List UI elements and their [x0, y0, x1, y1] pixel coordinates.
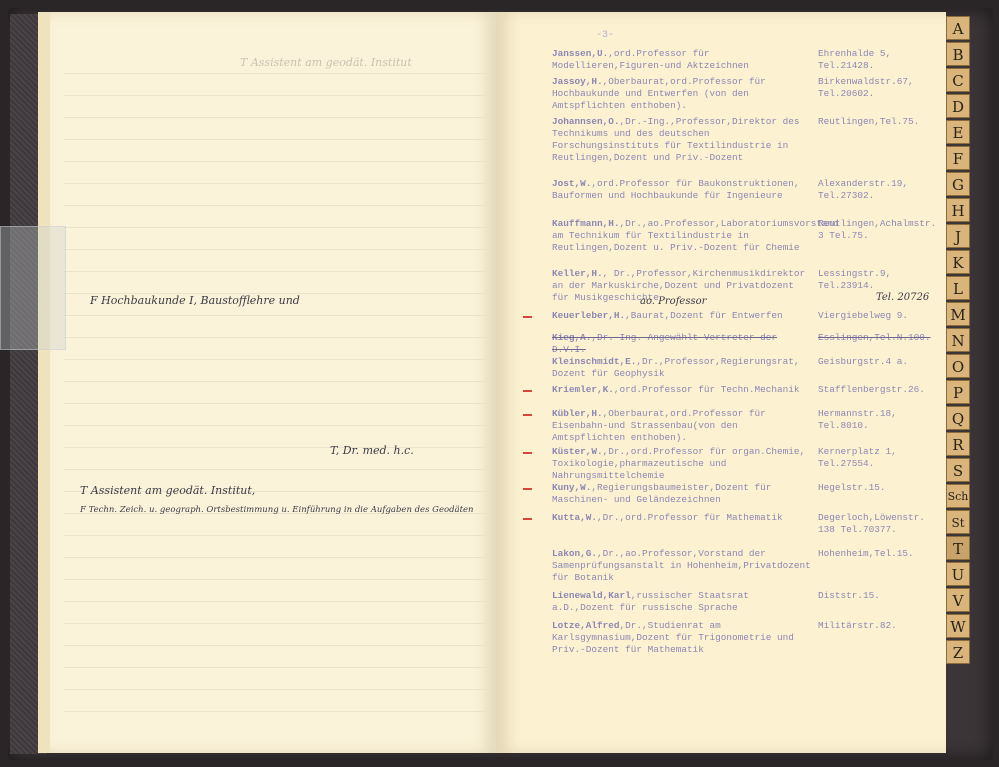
index-tab-m[interactable]: M [946, 302, 970, 326]
index-tab-r[interactable]: R [946, 432, 970, 456]
red-dash-mark [523, 518, 532, 520]
address-lakon: Hohenheim,Tel.15. [818, 548, 943, 560]
entry-kleinschmidt: Kleinschmidt,E.,Dr.,Professor,Regierungs… [552, 356, 812, 380]
alphabet-index-tabs: A B C D E F G H J K L M N O P Q R S Sch … [946, 16, 972, 666]
handwritten-phone-annotation: Tel. 20726 [876, 292, 929, 303]
address-kriemler: Stafflenbergstr.26. [818, 384, 943, 396]
red-dash-mark [523, 488, 532, 490]
entry-lakon: Lakon,G.,Dr.,ao.Professor,Vorstand der S… [552, 548, 812, 584]
index-tab-v[interactable]: V [946, 588, 970, 612]
index-tab-z[interactable]: Z [946, 640, 970, 664]
index-tab-s[interactable]: S [946, 458, 970, 482]
entry-kuebler: Kübler,H.,Oberbaurat,ord.Professor für E… [552, 408, 812, 444]
index-tab-t[interactable]: T [946, 536, 970, 560]
index-tab-c[interactable]: C [946, 68, 970, 92]
page-number: -3- [596, 30, 614, 41]
address-kieg-struck: Esslingen,Tel.N.100. [818, 332, 943, 344]
red-dash-mark [523, 452, 532, 454]
left-page: T Assistent am geodät. Institut F Hochba… [38, 12, 496, 753]
red-dash-mark [523, 414, 532, 416]
entry-lotze: Lotze,Alfred,Dr.,Studienrat am Karlsgymn… [552, 620, 812, 656]
transparent-page-clip [0, 226, 66, 350]
index-tab-k[interactable]: K [946, 250, 970, 274]
address-kuebler: Hermannstr.18, Tel.8010. [818, 408, 943, 432]
index-tab-o[interactable]: O [946, 354, 970, 378]
entry-jost: Jost,W.,ord.Professor für Baukonstruktio… [552, 178, 812, 202]
index-tab-e[interactable]: E [946, 120, 970, 144]
entry-jassoy: Jassoy,H.,Oberbaurat,ord.Professor für H… [552, 76, 812, 112]
entry-janssen: Janssen,U.,ord.Professor für Modellieren… [552, 48, 812, 72]
index-tab-f[interactable]: F [946, 146, 970, 170]
index-tab-g[interactable]: G [946, 172, 970, 196]
address-jassoy: Birkenwaldstr.67, Tel.20602. [818, 76, 943, 100]
index-tab-a[interactable]: A [946, 16, 970, 40]
address-keuerleber: Viergiebelweg 9. [818, 310, 943, 322]
address-kutta: Degerloch,Löwenstr. 138 Tel.70377. [818, 512, 943, 536]
ruled-lines [64, 52, 490, 733]
entry-kutta: Kutta,W.,Dr.,ord.Professor für Mathemati… [552, 512, 812, 524]
red-dash-mark [523, 316, 532, 318]
handwritten-note-1: F Hochbaukunde I, Baustofflehre und [90, 294, 300, 307]
handwritten-annotation: ao. Professor [640, 296, 706, 307]
entry-lienewald: Lienewald,Karl,russischer Staatsrat a.D.… [552, 590, 812, 614]
index-tab-l[interactable]: L [946, 276, 970, 300]
index-tab-j[interactable]: J [946, 224, 970, 248]
handwritten-note-4: F Techn. Zeich. u. geograph. Ortsbestimm… [80, 505, 474, 515]
red-dash-mark [523, 390, 532, 392]
faint-bleed-through-text: T Assistent am geodät. Institut [240, 56, 412, 69]
address-lotze: Militärstr.82. [818, 620, 943, 632]
handwritten-note-2: T, Dr. med. h.c. [330, 444, 414, 457]
address-lienewald: Diststr.15. [818, 590, 943, 602]
address-keller: Lessingstr.9, Tel.23914. [818, 268, 943, 292]
index-tab-p[interactable]: P [946, 380, 970, 404]
index-tab-n[interactable]: N [946, 328, 970, 352]
address-jost: Alexanderstr.19, Tel.27302. [818, 178, 943, 202]
address-johannsen: Reutlingen,Tel.75. [818, 116, 943, 128]
index-tab-w[interactable]: W [946, 614, 970, 638]
address-janssen: Ehrenhalde 5, Tel.21428. [818, 48, 943, 72]
index-tab-d[interactable]: D [946, 94, 970, 118]
index-tab-sch[interactable]: Sch [946, 484, 970, 508]
entry-johannsen: Johannsen,O.,Dr.-Ing.,Professor,Direktor… [552, 116, 812, 164]
entry-kieg-struck: Kieg,A.,Dr.-Ing. Angewählt Vertreter der… [552, 332, 812, 356]
address-kauffmann: Reutlingen,Achalmstr. 3 Tel.75. [818, 218, 943, 242]
address-kuny: Hegelstr.15. [818, 482, 943, 494]
entry-kuny: Kuny,W.,Regierungsbaumeister,Dozent für … [552, 482, 812, 506]
index-tab-u[interactable]: U [946, 562, 970, 586]
index-tab-st[interactable]: St [946, 510, 970, 534]
entry-kuester: Küster,W.,Dr.,ord.Professor für organ.Ch… [552, 446, 812, 482]
entry-kauffmann: Kauffmann,H.,Dr.,ao.Professor,Laboratori… [552, 218, 812, 254]
entry-kriemler: Kriemler,K.,ord.Professor für Techn.Mech… [552, 384, 812, 396]
index-tab-h[interactable]: H [946, 198, 970, 222]
index-tab-q[interactable]: Q [946, 406, 970, 430]
entry-keuerleber: Keuerleber,H.,Baurat,Dozent für Entwerfe… [552, 310, 812, 322]
address-kleinschmidt: Geisburgstr.4 a. [818, 356, 943, 368]
index-tab-b[interactable]: B [946, 42, 970, 66]
handwritten-note-3: T Assistent am geodät. Institut, [80, 484, 255, 497]
address-kuester: Kernerplatz 1, Tel.27554. [818, 446, 943, 470]
